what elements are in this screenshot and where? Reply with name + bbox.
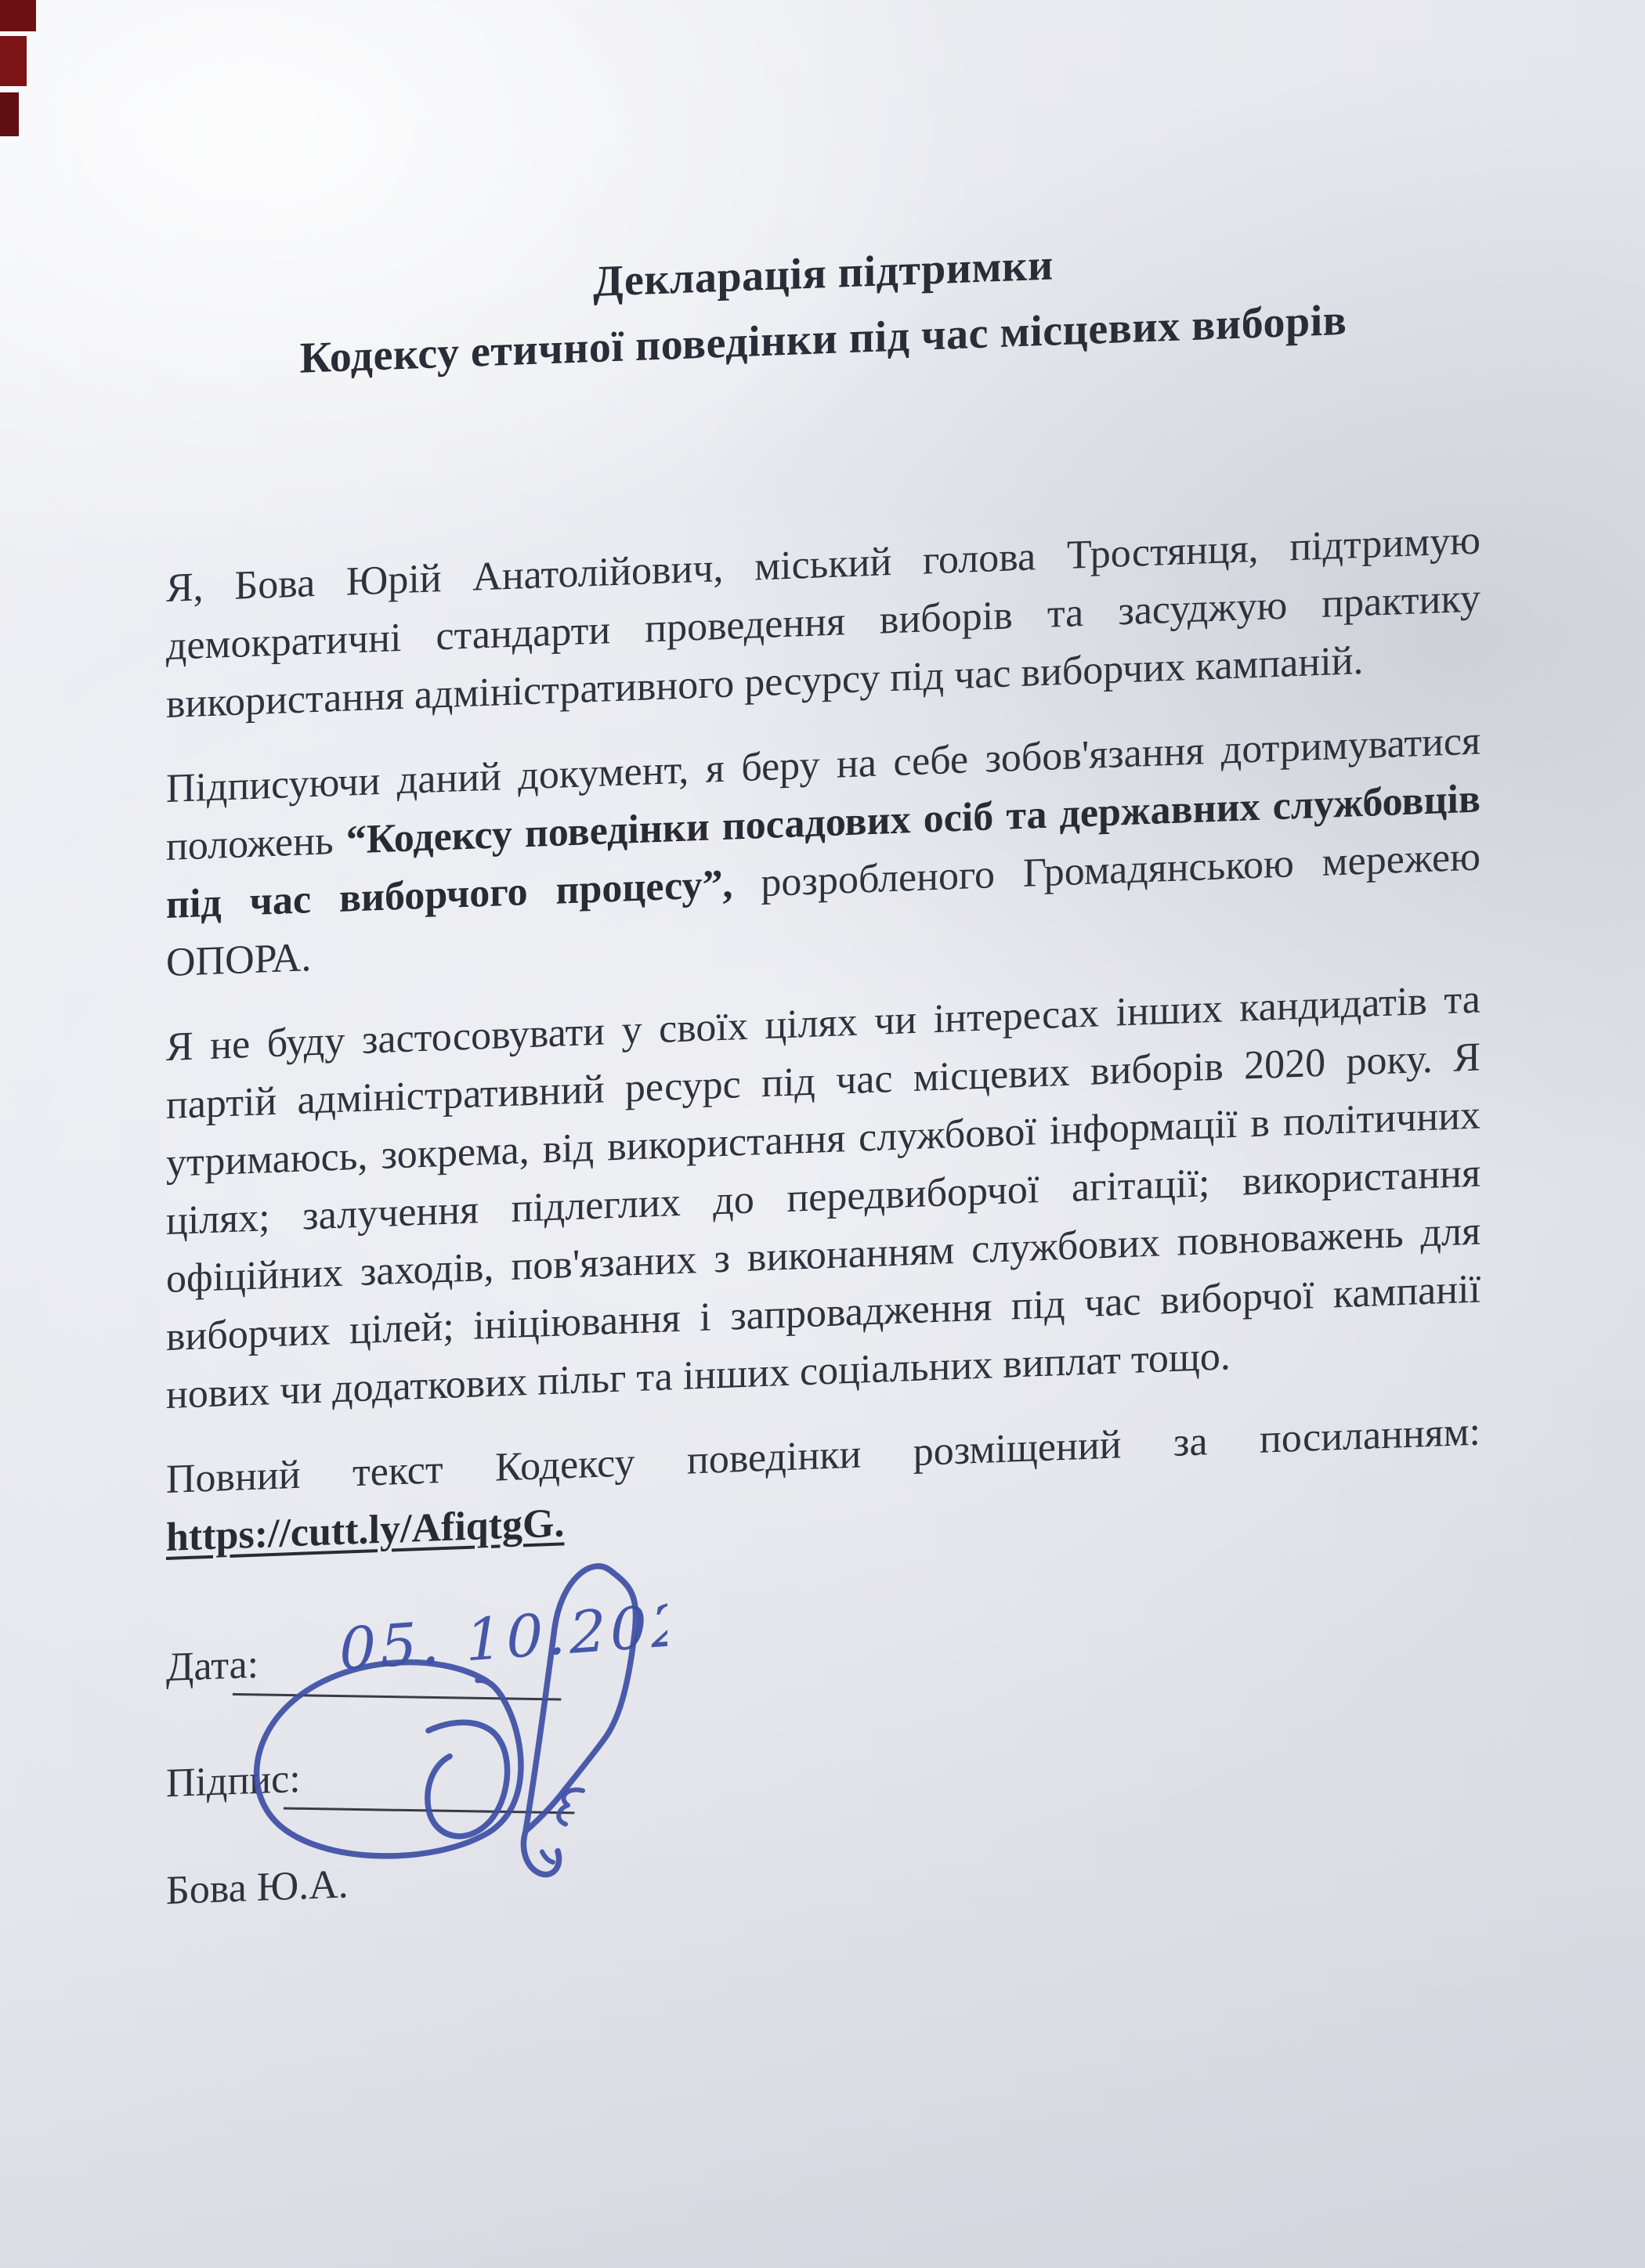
word: з	[714, 1230, 730, 1289]
word: поведінки	[687, 1425, 861, 1490]
word: Підписуючи	[166, 753, 380, 818]
photo-corner-artifact	[0, 0, 36, 31]
word: виборчої	[1160, 1266, 1314, 1330]
word: інтересах	[934, 984, 1099, 1049]
word: запровадження	[730, 1278, 992, 1345]
word: Громадянською	[1023, 835, 1294, 903]
word: голова	[923, 528, 1036, 590]
word: і	[700, 1288, 710, 1347]
word: “Кодексу	[346, 806, 512, 870]
word: залучення	[302, 1181, 479, 1245]
word: використання	[1242, 1144, 1480, 1211]
word: Я	[1453, 1028, 1480, 1087]
word: політичних	[1283, 1086, 1480, 1151]
word: поведінки	[525, 799, 710, 864]
word: Я	[166, 1018, 193, 1077]
word: інших	[683, 1344, 790, 1406]
word: час	[250, 871, 311, 931]
word: соціальних	[800, 1336, 992, 1401]
word: виконанням	[747, 1222, 954, 1287]
word: ресурс	[625, 1056, 741, 1118]
word: службовців	[1273, 770, 1480, 836]
word: під	[890, 648, 944, 708]
word: Тростянця,	[1067, 520, 1259, 585]
word: за	[1173, 1413, 1208, 1472]
word: виплат	[1003, 1331, 1121, 1394]
word: пільг	[537, 1349, 626, 1410]
word: текст	[352, 1441, 443, 1502]
photo-corner-artifact	[0, 92, 19, 136]
word: чи	[280, 1361, 322, 1421]
word: цілях	[765, 994, 857, 1055]
word: під	[1011, 1276, 1065, 1336]
word: року.	[1347, 1031, 1433, 1092]
word: положень	[166, 812, 334, 876]
word: адміністративного	[414, 655, 734, 724]
word: не	[210, 1016, 250, 1075]
word: службової	[859, 1103, 1036, 1167]
word: для	[1421, 1202, 1480, 1262]
word: стандарти	[436, 601, 610, 666]
signature-inner-stroke	[428, 1721, 508, 1837]
word: посадових	[722, 791, 911, 856]
word: утримаюсь,	[166, 1128, 367, 1193]
word: інформації	[1050, 1096, 1238, 1161]
word: виборів	[1090, 1038, 1224, 1101]
word: демократичні	[166, 609, 401, 676]
word: мережею	[1322, 828, 1480, 891]
word: осіб	[924, 788, 994, 848]
signature-tail-tick	[542, 1851, 553, 1863]
word: виборчих	[166, 1302, 331, 1367]
word: нових	[166, 1363, 269, 1425]
word: даний	[397, 748, 501, 810]
word: розміщений	[913, 1416, 1122, 1482]
word: до	[713, 1171, 754, 1230]
word: адміністративний	[298, 1060, 605, 1129]
word: кампаній.	[1195, 632, 1363, 696]
word: на	[837, 735, 877, 794]
word: пов'язаних	[511, 1231, 696, 1296]
word: від	[543, 1119, 594, 1179]
document-photo: Декларація підтримки Кодексу етичної пов…	[0, 0, 1645, 2268]
word: час	[1084, 1273, 1141, 1333]
word: практику	[1321, 569, 1480, 633]
word: дотримуватися	[1221, 712, 1480, 779]
document-page: Декларація підтримки Кодексу етичної пов…	[166, 0, 1480, 2268]
word: виборчого	[339, 863, 528, 928]
word: та	[1444, 970, 1480, 1030]
paragraph-link: ПовнийтекстКодексуповедінкирозміщенийзап…	[166, 1403, 1480, 1567]
word: під	[166, 874, 222, 934]
word: Я,	[166, 558, 204, 618]
word: в	[1250, 1094, 1270, 1153]
word: ініціювання	[473, 1290, 680, 1356]
word: кампанії	[1333, 1260, 1480, 1324]
word: підлеглих	[512, 1174, 681, 1238]
word: своїх	[659, 998, 748, 1059]
word: цілей;	[349, 1298, 454, 1360]
word: заходів,	[360, 1239, 494, 1302]
word: виборчих	[1021, 638, 1185, 702]
word: інших	[1116, 981, 1223, 1042]
word: повноважень	[1177, 1205, 1404, 1272]
word: час	[954, 645, 1010, 705]
photo-corner-artifact	[0, 36, 27, 86]
word: час	[836, 1050, 892, 1111]
word: використання	[166, 667, 404, 734]
word: ОПОРА.	[166, 929, 311, 992]
word: кандидатів	[1239, 973, 1427, 1038]
word: та	[1047, 584, 1083, 644]
word: тощо.	[1131, 1327, 1231, 1389]
word: Повний	[166, 1446, 301, 1509]
paragraph-intro: Я,БоваЮрійАнатолійович,міськийголоваТрос…	[166, 511, 1480, 734]
word: документ,	[518, 742, 689, 806]
handwritten-date: 05. 10.2020	[338, 1588, 667, 1684]
word: міський	[754, 533, 891, 596]
handwritten-signature: 05. 10.2020	[229, 1556, 667, 1909]
word: офіційних	[166, 1244, 343, 1309]
word: я	[706, 740, 725, 799]
word: службових	[971, 1214, 1159, 1279]
word: та	[1006, 786, 1047, 846]
word: застосовувати	[362, 1002, 605, 1069]
word: ресурсу	[744, 650, 880, 713]
word: під	[761, 1053, 815, 1114]
word: посиланням:	[1260, 1403, 1480, 1468]
word: 2020	[1244, 1035, 1325, 1096]
word: агітації;	[1072, 1154, 1209, 1217]
word: державних	[1060, 778, 1260, 843]
word: додаткових	[332, 1353, 527, 1418]
word: Анатолійович,	[472, 540, 723, 607]
signature-epsilon-mark	[559, 1789, 583, 1825]
word: себе	[893, 731, 968, 792]
word: буду	[267, 1013, 345, 1074]
word: процесу”,	[556, 855, 733, 919]
word: та	[636, 1348, 672, 1407]
word: передвиборчої	[786, 1161, 1039, 1228]
word: виборів	[880, 587, 1013, 649]
word: у	[622, 1002, 642, 1060]
word: місцевих	[913, 1044, 1070, 1107]
word: засуджую	[1118, 577, 1287, 641]
word: зокрема,	[381, 1121, 529, 1185]
word: Юрій	[346, 550, 442, 611]
word: підтримую	[1289, 511, 1480, 576]
word: цілях;	[166, 1189, 270, 1251]
word: партій	[166, 1073, 277, 1135]
word: Кодексу	[495, 1434, 635, 1497]
word: Бова	[234, 554, 315, 616]
word: проведення	[645, 593, 845, 658]
document-title: Декларація підтримки Кодексу етичної пов…	[166, 216, 1480, 396]
word: розробленого	[761, 846, 995, 912]
word: зобов'язання	[985, 722, 1205, 788]
paragraph-promises: Янебудузастосовуватиусвоїхціляхчиінтерес…	[166, 970, 1480, 1425]
word: беру	[741, 736, 819, 797]
word: використання	[607, 1110, 845, 1176]
paragraph-obligation: Підписуючиданийдокумент,яберунасебезобов…	[166, 712, 1480, 992]
word: чи	[874, 991, 916, 1051]
